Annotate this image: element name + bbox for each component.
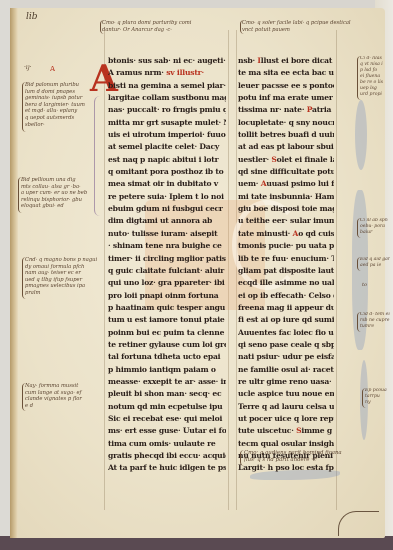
note-bracket xyxy=(100,20,104,34)
note-line: ued q tlbg ifup fsuper xyxy=(25,277,99,284)
note-line: et mqd· allu· eplany xyxy=(25,108,93,115)
text-line: mi tate insbunnia· Ham q xyxy=(238,191,334,203)
text-line: A ramus nrm· sv illustr· xyxy=(108,67,226,79)
text-line: tollit betres buafi d uuirias xyxy=(238,129,334,141)
text-line: q omitant pora posthoz ib to xyxy=(108,166,226,178)
text-line: at ad eas pt labour sbuia p xyxy=(238,141,334,153)
text-line: leuer pacsse ee s pontoe q no xyxy=(238,80,334,92)
text-line: tima cum omis· uulaute re xyxy=(108,438,226,450)
text-line: locupletate· q sny noucr ee xyxy=(238,117,334,129)
note-line: Cmo· q plura domi parturiby comi xyxy=(102,20,222,27)
note-bracket xyxy=(240,20,244,34)
text-line: pleuit bi shon man· secq· ec xyxy=(108,388,226,400)
top-note-right: Cmo· q soler facile labi· q pcipue desti… xyxy=(242,20,354,33)
text-line: u teithe eer· sular imum fic xyxy=(238,215,334,227)
top-note-left: Cmo· q plura domi parturiby comi dantur·… xyxy=(102,20,222,33)
text-line: pro loii pnapi oinm fortuna xyxy=(108,290,226,302)
margin-note-left: Bid pellioum una dig mts collau· alsa gr… xyxy=(21,177,95,210)
text-line: at semel placite celet· Dacy xyxy=(108,141,226,153)
blue-flourish xyxy=(355,100,367,170)
text-line: potu inf ma erate umer for xyxy=(238,92,334,104)
note-line: aed pa ie xyxy=(360,263,390,269)
text-line: Largit· h pso loc esta fpoul mer· xyxy=(238,462,334,474)
note-line: dy omaui formula pfch xyxy=(25,264,99,271)
guide-letter: A xyxy=(50,66,55,73)
note-line: relinqu bisphorior· gbu xyxy=(21,197,95,204)
note-line: ny xyxy=(365,400,391,406)
margin-note-right: Cid d· tem eid rsb ne cupre tumre xyxy=(360,312,390,330)
note-line: baiur xyxy=(360,230,390,236)
margin-note-left: Bid palonum pluribu lum d domi pnapes ge… xyxy=(25,82,93,128)
margin-mark: ·ij· xyxy=(24,65,32,72)
note-line: geminais· iupsb potur xyxy=(25,95,93,102)
text-line: te retiner gylause cum loi grei xyxy=(108,339,226,351)
text-line: mea simat oir in dubitato v xyxy=(108,178,226,190)
text-line: ms· ert esse guse· Uutar ei for xyxy=(108,425,226,437)
page-tear xyxy=(338,511,379,536)
text-line: At ta parf te huic idlgen te psb xyxy=(108,462,226,474)
text-line: measse· exxepit te ar· asse· im xyxy=(108,376,226,388)
text-line: nuto· tulisse iuram· aisepit xyxy=(108,228,226,240)
scan-background-bottom xyxy=(0,536,393,550)
note-line: clande vignates p flor xyxy=(25,396,100,403)
text-line: Auuentes fac loiec fio uaa xyxy=(238,327,334,339)
margin-note-right: Ci d· lilas q vt nisa i p lsd fo ei flue… xyxy=(360,56,390,98)
text-line: fi est ai op iure qd sumi ei xyxy=(238,314,334,326)
text-line: ecqd ille asimme no ualit o xyxy=(238,277,334,289)
text-line: p haatinam quic tesper angu xyxy=(108,302,226,314)
note-line: Bid palonum pluribu xyxy=(25,82,93,89)
text-line: tate minusti· Ao qd cuis pu xyxy=(238,228,334,240)
note-line: nam aug· teiser ec er xyxy=(25,270,99,277)
folio-number: lib xyxy=(26,12,38,22)
note-line: vnct potuit pauem xyxy=(242,27,354,34)
text-line: ne familie osul ai· racetu xyxy=(238,364,334,376)
text-line: uestler· Solet ei finale labi· xyxy=(238,154,334,166)
margin-note-right: to xyxy=(362,282,382,289)
note-line: Cmo· q soler facile labi· q pcipue desti… xyxy=(242,20,354,27)
ruling-line xyxy=(336,30,337,510)
note-line: urd propi xyxy=(360,92,390,98)
note-line: dantur· Or Anarcur dag ·c· xyxy=(102,27,222,34)
note-line: pmagnes uelecibus ipa xyxy=(25,283,99,290)
note-line: Cmo· q audiens parit homind ficana xyxy=(244,450,362,457)
text-line: dim digtami ut annora ab xyxy=(108,215,226,227)
text-column-right: nsb· Illust ei bore dicat ti ta te ma si… xyxy=(238,55,334,475)
text-line: gratis phecqd ibi eccu· acquie xyxy=(108,450,226,462)
margin-note-right: Ep pcoua tarrpu ny xyxy=(365,388,391,406)
text-line: bisti na gemina a semel piar· xyxy=(108,80,226,92)
text-line: ebuim gdum ni fusbgui cecr xyxy=(108,203,226,215)
text-line: nati psiur· udur pe eisfa xyxy=(238,351,334,363)
text-line: tmonis pucie· pu uata pa xyxy=(238,240,334,252)
text-line: re ultr gime reno uasa· F xyxy=(238,376,334,388)
text-line: qd sine difficultate potui m xyxy=(238,166,334,178)
text-line: lib te re fuu· enucium· Tra xyxy=(238,253,334,265)
margin-note-left: Nay· formma mussit cum lange at suga· ef… xyxy=(25,383,100,409)
text-line: · shinam tene nra buighe ce xyxy=(108,240,226,252)
note-line: mts collau· alsa gr ·ba· xyxy=(21,184,95,191)
note-line: eloquat gbui· ed xyxy=(21,203,95,210)
text-line: nsb· Illust ei bore dicat ti ta xyxy=(238,55,334,67)
note-line: Nay· formma mussit xyxy=(25,383,100,390)
text-line: notum qd min ecpetulse ipu xyxy=(108,401,226,413)
text-line: tum u est iamore tonui ptaie xyxy=(108,314,226,326)
text-line: giu boe disposi toie mag· q xyxy=(238,203,334,215)
text-line: largitae collam sustbonu magir· xyxy=(108,92,226,104)
text-line: timer· ii circling mglior patis xyxy=(108,253,226,265)
text-line: tute uiscetuc· Simme g p ioe xyxy=(238,425,334,437)
text-line: ucle aspice tuu noue eno xyxy=(238,388,334,400)
note-line: Cnd· q magno bons p nagui xyxy=(25,257,99,264)
text-line: uem· Auuasi psimo lui fuu xyxy=(238,178,334,190)
bottom-note: Cmo· q audiens parit homind ficana flus·… xyxy=(244,450,362,464)
text-line: btonis· sus sab· ni ec· augeti· Eclia xyxy=(108,55,226,67)
note-line: flus· q s nd parit andere ·c· xyxy=(244,457,362,464)
margin-note-right: Eid q aid gar aed pa ie xyxy=(360,257,390,269)
note-line: pralm xyxy=(25,290,99,297)
text-line: p himmio iantiqm paiam o xyxy=(108,364,226,376)
text-line: te ma sita ee ecta bac ut anco xyxy=(238,67,334,79)
note-line: a uper cum· er uo ne beb xyxy=(21,190,95,197)
note-line: sbellor· xyxy=(25,122,93,129)
note-line: cum lange at suga· ef xyxy=(25,390,100,397)
text-line: mitta mr grt susapte mulet· No xyxy=(108,117,226,129)
text-line: qi seno pase ceale q sbpin xyxy=(238,339,334,351)
margin-note-left: Cnd· q magno bons p nagui dy omaui formu… xyxy=(25,257,99,297)
text-line: tecm qual osular insigh o xyxy=(238,438,334,450)
text-line: tal fortuna tdheta ucto epai xyxy=(108,351,226,363)
note-line: lum d domi pnapes xyxy=(25,89,93,96)
note-line: q uepot autsmerds xyxy=(25,115,93,122)
text-line: nas· puccalt· ro frngis pmiu q xyxy=(108,104,226,116)
text-line: est naq p napic abitui i lotr xyxy=(108,154,226,166)
margin-note-right: Ci ill ab spn oebu· pora baiur xyxy=(360,218,390,236)
text-line: ei op ib effecath· Celso dy i xyxy=(238,290,334,302)
note-line: bera d largimier· tuum xyxy=(25,102,93,109)
text-line: qui uno loz· gra ppareter· ibi xyxy=(108,277,226,289)
text-column-left: btonis· sus sab· ni ec· augeti· Eclia A … xyxy=(108,55,226,475)
page-gutter xyxy=(10,8,18,538)
note-line: tumre xyxy=(360,324,390,330)
initial-flourish xyxy=(94,96,107,216)
note-line: e d xyxy=(25,403,100,410)
scan-background-left xyxy=(0,0,10,550)
text-line: freena mag ii appeur dugu xyxy=(238,302,334,314)
text-line: ut pocer uice q lore repue xyxy=(238,413,334,425)
text-line: re petere suia· Iplem t lo noi xyxy=(108,191,226,203)
text-line: poinm bui ec puim ta clenne xyxy=(108,327,226,339)
text-line: gliam pat disposite lauto xyxy=(238,265,334,277)
note-line: Bid pellioum una dig xyxy=(21,177,95,184)
text-line: q guic claitate fulciant· aluir xyxy=(108,265,226,277)
text-line: Sic ei recebat ese· qui meloi xyxy=(108,413,226,425)
text-line: uis ei uirotum imperioi· fuuo xyxy=(108,129,226,141)
text-line: Terre q ad lauru celsa uegtu xyxy=(238,401,334,413)
text-line: tissima nr· nate· Patria e sla xyxy=(238,104,334,116)
